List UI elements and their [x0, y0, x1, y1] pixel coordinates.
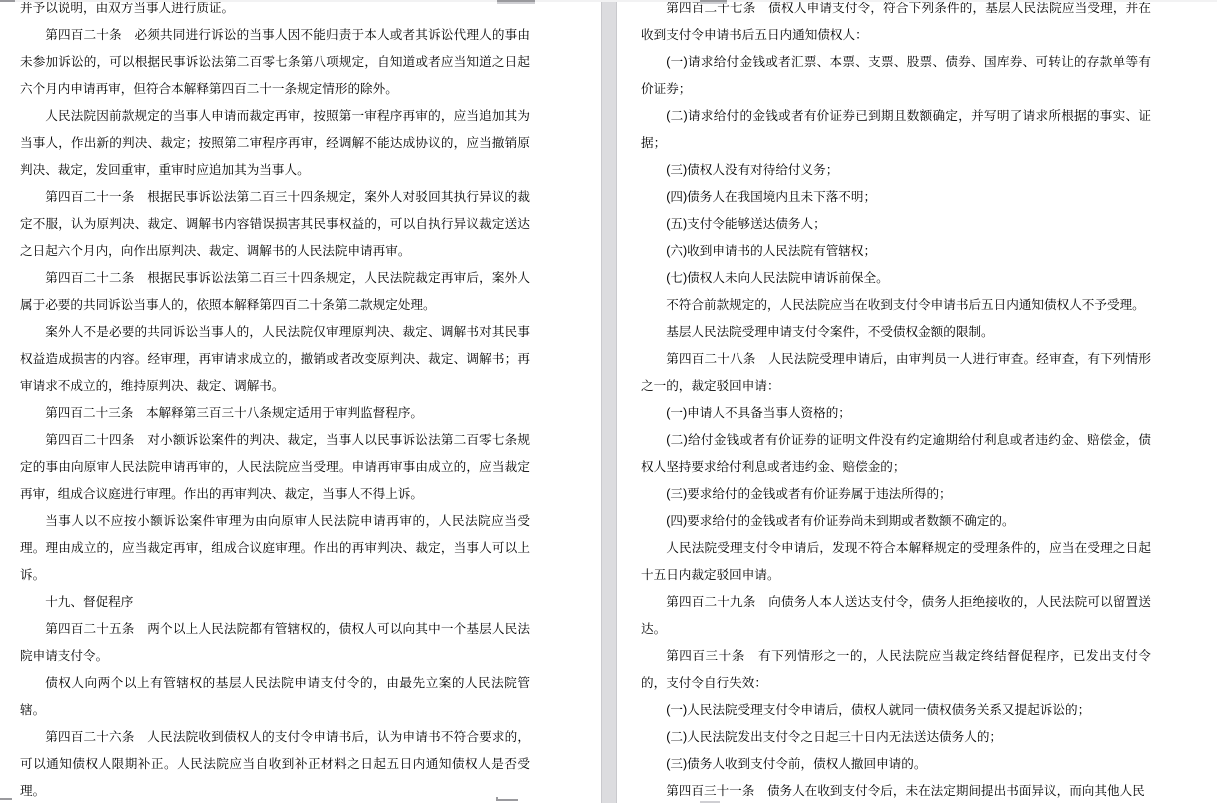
document-paragraph: 债权人向两个以上有管辖权的基层人民法院申请支付令的，由最先立案的人民法院管辖。 — [20, 670, 530, 724]
document-paragraph: (一)人民法院受理支付令申请后，债权人就同一债权债务关系又提起诉讼的； — [641, 697, 1151, 724]
page-right[interactable]: 第四百二十七条 债权人申请支付令，符合下列条件的，基层人民法院应当受理，并在收到… — [617, 0, 1217, 803]
page-row-gap-strip — [0, 0, 1217, 2]
page-left[interactable]: 并予以说明，由双方当事人进行质证。第四百二十条 必须共同进行诉讼的当事人因不能归… — [0, 0, 601, 803]
document-paragraph: 第四百二十三条 本解释第三百三十八条规定适用于审判监督程序。 — [20, 400, 530, 427]
document-viewer: 并予以说明，由双方当事人进行质证。第四百二十条 必须共同进行诉讼的当事人因不能归… — [0, 0, 1217, 803]
page-corner-mark — [496, 797, 518, 801]
document-paragraph: 第四百二十五条 两个以上人民法院都有管辖权的，债权人可以向其中一个基层人民法院申… — [20, 616, 530, 670]
document-paragraph: 并予以说明，由双方当事人进行质证。 — [20, 0, 530, 22]
document-paragraph: 当事人以不应按小额诉讼案件审理为由向原审人民法院申请再审的，人民法院应当受理。理… — [20, 508, 530, 589]
document-paragraph: (四)要求给付的金钱或者有价证券尚未到期或者数额不确定的。 — [641, 508, 1151, 535]
page-left-text-area: 并予以说明，由双方当事人进行质证。第四百二十条 必须共同进行诉讼的当事人因不能归… — [20, 0, 530, 803]
document-paragraph: 第四百二十七条 债权人申请支付令，符合下列条件的，基层人民法院应当受理，并在收到… — [641, 0, 1151, 49]
document-paragraph: (二)请求给付的金钱或者有价证券已到期且数额确定，并写明了请求所根据的事实、证据… — [641, 103, 1151, 157]
document-paragraph: (二)给付金钱或者有价证券的证明文件没有约定逾期给付利息或者违约金、赔偿金，债权… — [641, 427, 1151, 481]
document-paragraph: (四)债务人在我国境内且未下落不明； — [641, 184, 1151, 211]
document-paragraph: 第四百二十二条 根据民事诉讼法第二百三十四条规定，人民法院裁定再审后，案外人属于… — [20, 265, 530, 319]
document-paragraph: (一)申请人不具备当事人资格的； — [641, 400, 1151, 427]
document-paragraph: (三)债务人收到支付令前，债权人撤回申请的。 — [641, 751, 1151, 778]
document-paragraph: 第四百二十条 必须共同进行诉讼的当事人因不能归责于本人或者其诉讼代理人的事由未参… — [20, 22, 530, 103]
document-paragraph: (三)要求给付的金钱或者有价证券属于违法所得的； — [641, 481, 1151, 508]
page-corner-mark — [700, 0, 727, 4]
document-paragraph: (三)债权人没有对待给付义务； — [641, 157, 1151, 184]
page-corner-mark — [0, 0, 15, 2]
document-paragraph: 人民法院受理支付令申请后，发现不符合本解释规定的受理条件的，应当在受理之日起十五… — [641, 535, 1151, 589]
page-corner-mark — [0, 798, 12, 800]
document-paragraph: 第四百二十八条 人民法院受理申请后，由审判员一人进行审查。经审查，有下列情形之一… — [641, 346, 1151, 400]
document-paragraph: (七)债权人未向人民法院申请诉前保全。 — [641, 265, 1151, 292]
page-gap-divider — [601, 0, 617, 803]
document-paragraph: 第四百二十一条 根据民事诉讼法第二百三十四条规定，案外人对驳回其执行异议的裁定不… — [20, 184, 530, 265]
document-paragraph: 人民法院因前款规定的当事人申请而裁定再审，按照第一审程序再审的，应当追加其为当事… — [20, 103, 530, 184]
document-paragraph: 第四百二十六条 人民法院收到债权人的支付令申请书后，认为申请书不符合要求的，可以… — [20, 724, 530, 803]
document-paragraph: (六)收到申请书的人民法院有管辖权； — [641, 238, 1151, 265]
document-paragraph: 基层人民法院受理申请支付令案件，不受债权金额的限制。 — [641, 319, 1151, 346]
document-paragraph: (五)支付令能够送达债务人； — [641, 211, 1151, 238]
page-right-text-area: 第四百二十七条 债权人申请支付令，符合下列条件的，基层人民法院应当受理，并在收到… — [641, 0, 1151, 803]
document-paragraph: (一)请求给付金钱或者汇票、本票、支票、股票、债券、国库券、可转让的存款单等有价… — [641, 49, 1151, 103]
document-paragraph: 不符合前款规定的，人民法院应当在收到支付令申请书后五日内通知债权人不予受理。 — [641, 292, 1151, 319]
document-paragraph: 十九、督促程序 — [20, 589, 530, 616]
page-corner-mark — [497, 0, 535, 4]
document-paragraph: 第四百二十四条 对小额诉讼案件的判决、裁定，当事人以民事诉讼法第二百零七条规定的… — [20, 427, 530, 508]
document-paragraph: (二)人民法院发出支付令之日起三十日内无法送达债务人的； — [641, 724, 1151, 751]
document-paragraph: 第四百三十一条 债务人在收到支付令后，未在法定期间提出书面异议，而向其他人民 — [641, 778, 1151, 803]
document-paragraph: 案外人不是必要的共同诉讼当事人的，人民法院仅审理原判决、裁定、调解书对其民事权益… — [20, 319, 530, 400]
document-paragraph: 第四百三十条 有下列情形之一的，人民法院应当裁定终结督促程序，已发出支付令的，支… — [641, 643, 1151, 697]
document-paragraph: 第四百二十九条 向债务人本人送达支付令，债务人拒绝接收的，人民法院可以留置送达。 — [641, 589, 1151, 643]
